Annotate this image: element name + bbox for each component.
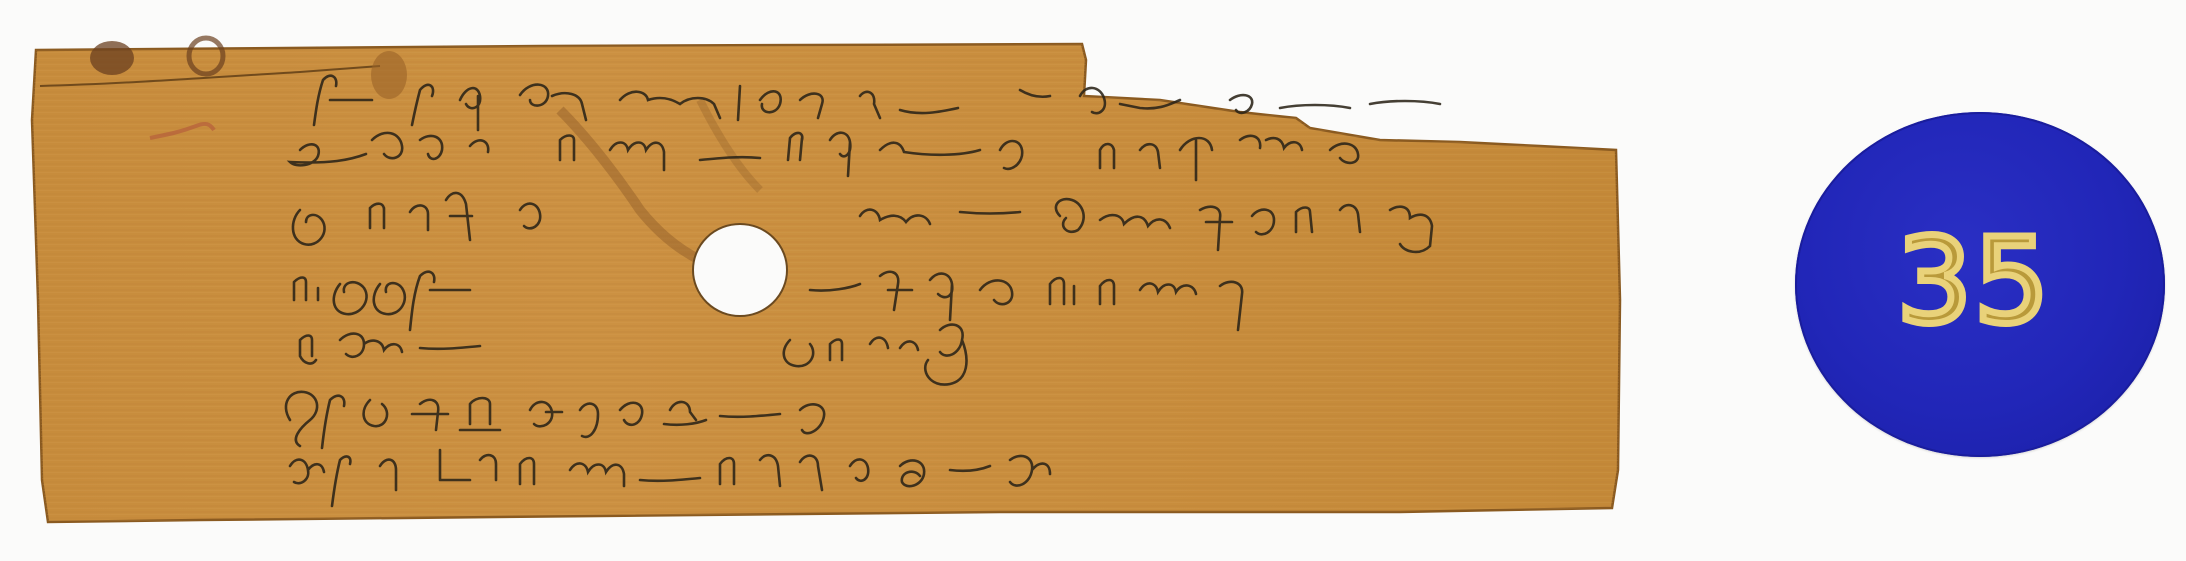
binding-hole [693, 224, 787, 316]
number-token: 35 [1795, 112, 2165, 457]
stain-mark [90, 41, 134, 75]
stain-mark [371, 51, 407, 99]
token-number: 35 [1897, 212, 2051, 350]
